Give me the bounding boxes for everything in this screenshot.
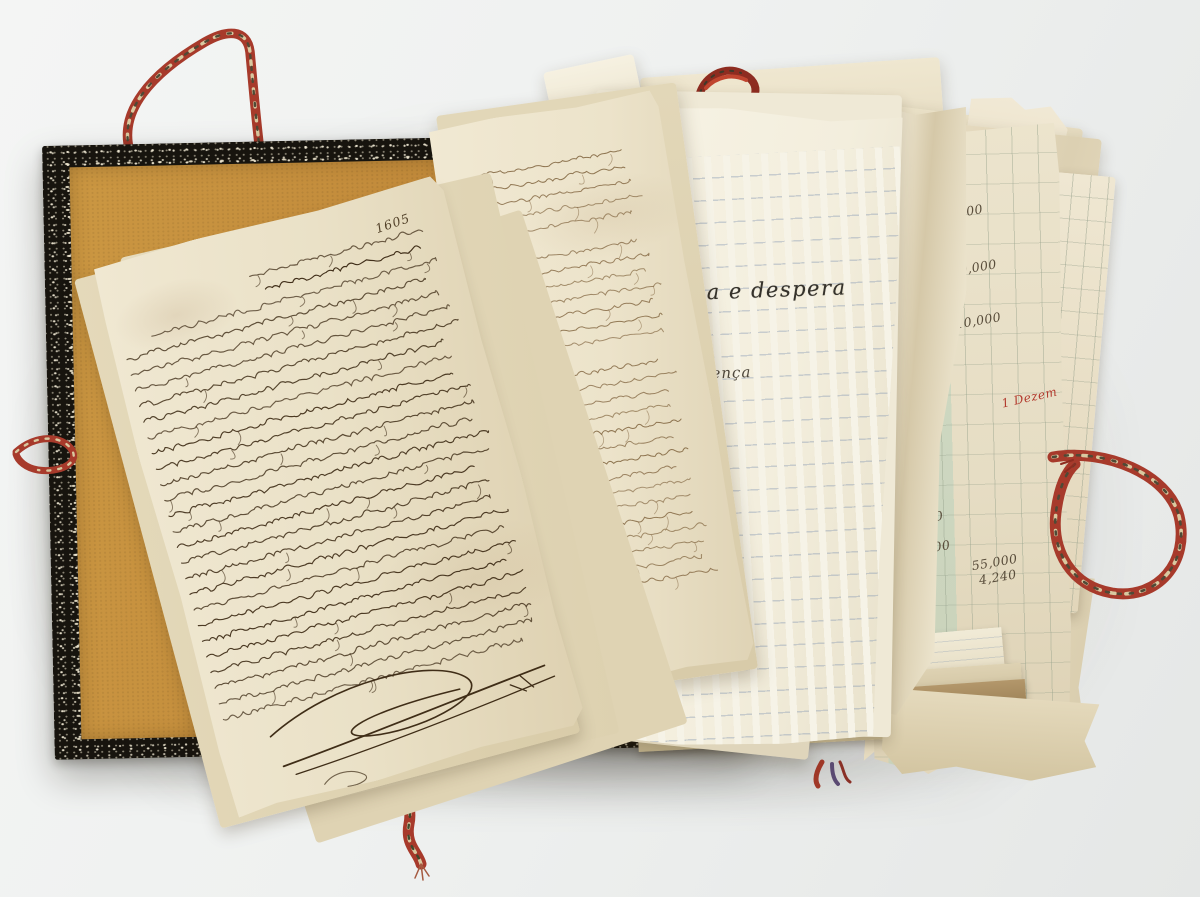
page-edge-corner (881, 688, 1100, 784)
archive-photo-scene: 18,00016,00014,00012,00014,8004,50075,00… (0, 0, 1200, 897)
